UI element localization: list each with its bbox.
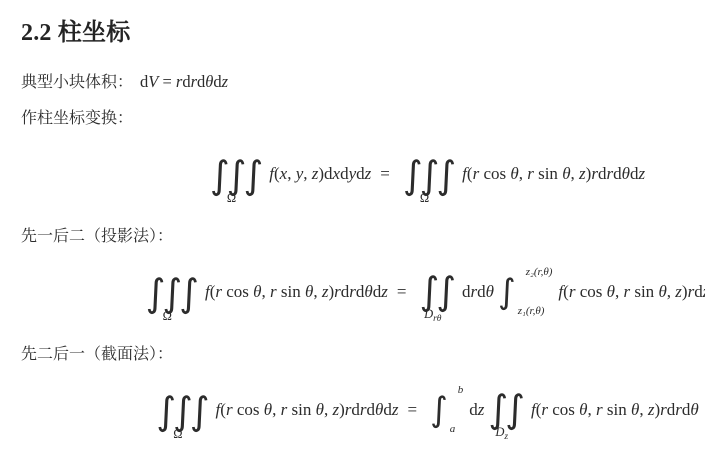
integral-domain-subscript: rθ — [433, 314, 441, 324]
math-token: θ — [579, 400, 587, 419]
math-token: θ — [510, 164, 518, 183]
math-token: d — [477, 282, 486, 301]
integral-domain: Ω — [420, 192, 429, 205]
math-token: , — [287, 164, 296, 183]
math-token: z — [478, 400, 485, 419]
paragraph-transform-label: 作柱坐标变换： — [21, 109, 705, 129]
math-run: dV = rdrdθdz — [140, 72, 228, 91]
math-token: sin — [603, 400, 631, 419]
math-run: drdθ — [462, 282, 494, 302]
equation-transform: ∫∫∫Ωf(x, y, z)dxdydz=∫∫∫Ωf(r cos θ, r si… — [21, 145, 705, 203]
integral-upper-bound: z₂(r,θ) — [526, 267, 553, 278]
integral-domain: Ω — [163, 310, 172, 323]
math-token: d — [667, 400, 676, 419]
integral: ∫∫∫Ω — [403, 156, 456, 205]
integral-domain-symbol: Ω — [420, 191, 429, 205]
math-token: = — [158, 72, 176, 91]
math-token: sin — [534, 164, 562, 183]
integral-domain: Ω — [173, 428, 182, 441]
math-token: )d — [318, 164, 332, 183]
math-token: r — [591, 164, 598, 183]
math-token: sin — [287, 400, 315, 419]
integral-icon: ∫∫ — [419, 272, 456, 310]
math-token: , — [639, 400, 648, 419]
math-token: V — [148, 72, 158, 91]
math-token: r — [541, 400, 548, 419]
integral: ∫∫Dz — [488, 390, 525, 443]
math-token: r — [675, 400, 682, 419]
section-heading: 2.2 柱坐标 — [21, 18, 705, 48]
math-token: θ — [316, 400, 324, 419]
math-token: cos — [479, 164, 510, 183]
math-run: f(r cos θ, r sin θ, z)rdrdθdz — [216, 400, 399, 420]
math-token: cos — [233, 400, 264, 419]
math-token: z — [638, 164, 645, 183]
math-token: z — [222, 72, 228, 91]
math-run: f(x, y, z)dxdydz — [269, 164, 371, 184]
math-token: sin — [277, 282, 305, 301]
integral: ∫ba — [430, 385, 463, 435]
math-token: r — [215, 282, 222, 301]
paragraph-section-label: 先二后一（截面法）： — [21, 345, 705, 365]
integral-icon: ∫ — [498, 275, 516, 309]
math-token: r — [349, 282, 356, 301]
math-token: , — [262, 282, 271, 301]
math-token: d — [469, 400, 478, 419]
math-token: θ — [486, 282, 494, 301]
math-token: , — [303, 164, 312, 183]
math-token: θ — [364, 282, 372, 301]
integral-domain-symbol: D — [424, 307, 433, 321]
integral-icon: ∫∫∫ — [403, 156, 456, 194]
math-token: d — [373, 282, 382, 301]
math-token: θ — [264, 400, 272, 419]
math-token: , — [519, 164, 528, 183]
integral: ∫∫Drθ — [419, 272, 456, 325]
integral-upper-bound: b — [458, 385, 464, 396]
integral-domain: Dz — [495, 426, 508, 443]
math-token: cos — [548, 400, 579, 419]
integral-icon: ∫ — [430, 393, 448, 427]
document: 2.2 柱坐标 典型小块体积：dV = rdrdθdz 作柱坐标变换： ∫∫∫Ω… — [0, 0, 705, 439]
math-run: f(r cos θ, r sin θ, z)rdrdθ — [531, 400, 699, 420]
math-token: d — [613, 164, 622, 183]
math-run: f(r cos θ, r sin θ, z)rdz — [558, 282, 705, 302]
math-token: θ — [562, 164, 570, 183]
math-token: d — [341, 282, 350, 301]
math-token: θ — [253, 282, 261, 301]
integral-domain-symbol: Ω — [173, 427, 182, 441]
math-token: d — [383, 400, 392, 419]
math-token: z — [392, 400, 399, 419]
math-token: θ — [607, 282, 615, 301]
math-token: θ — [622, 164, 630, 183]
math-token: cos — [575, 282, 606, 301]
integral-icon: ∫∫ — [488, 390, 525, 428]
math-token: , — [588, 400, 597, 419]
math-token: d — [340, 164, 349, 183]
math-token: r — [527, 164, 534, 183]
integral: ∫z₂(r,θ)z₁(r,θ) — [498, 267, 552, 317]
equals-sign: = — [397, 282, 407, 302]
math-token: d — [366, 400, 375, 419]
math-token: x — [333, 164, 341, 183]
integral: ∫∫∫Ω — [156, 392, 209, 441]
math-token: z — [365, 164, 372, 183]
integral: ∫∫∫Ω — [210, 156, 263, 205]
math-token: , — [272, 400, 281, 419]
integral-lower-bound: z₁(r,θ) — [518, 306, 553, 317]
math-token: r — [226, 400, 233, 419]
inline-formula-volume: dV = rdrdθdz — [140, 72, 228, 91]
math-token: d — [182, 72, 190, 91]
integral-icon: ∫∫∫ — [146, 274, 199, 312]
math-token: z — [675, 282, 682, 301]
math-token: d — [694, 282, 703, 301]
math-token: , — [313, 282, 322, 301]
integral-lower-bound: a — [450, 424, 464, 435]
math-run: f(r cos θ, r sin θ, z)rdrdθdz — [205, 282, 388, 302]
math-token: cos — [222, 282, 253, 301]
math-token: d — [351, 400, 360, 419]
integral-icon: ∫∫∫ — [156, 392, 209, 430]
math-token: d — [462, 282, 471, 301]
integral-icon: ∫∫∫ — [210, 156, 263, 194]
integral: ∫∫∫Ω — [146, 274, 199, 323]
math-token: r — [660, 400, 667, 419]
integral-domain-symbol: Ω — [227, 191, 236, 205]
typical-volume-label: 典型小块体积： — [21, 74, 133, 91]
integral-bounds: ba — [450, 385, 464, 435]
math-token: θ — [658, 282, 666, 301]
math-token: d — [356, 164, 365, 183]
integral-bounds: z₂(r,θ)z₁(r,θ) — [518, 267, 553, 317]
integral-domain-subscript: z — [504, 432, 508, 442]
math-run: f(r cos θ, r sin θ, z)rdrdθdz — [462, 164, 645, 184]
paragraph-projection-label: 先一后二（投影法）： — [21, 227, 705, 247]
math-run: dz — [469, 400, 484, 420]
math-token: y — [349, 164, 357, 183]
math-token: r — [596, 400, 603, 419]
equals-sign: = — [407, 400, 417, 420]
paragraph-typical-volume: 典型小块体积：dV = rdrdθdz — [21, 72, 705, 93]
math-token: z — [381, 282, 388, 301]
math-token: d — [213, 72, 221, 91]
math-token: r — [270, 282, 277, 301]
math-token: θ — [690, 400, 698, 419]
equation-projection: ∫∫∫Ωf(r cos θ, r sin θ, z)rdrdθdz=∫∫Drθd… — [21, 263, 705, 321]
math-token: r — [334, 282, 341, 301]
math-token: z — [579, 164, 586, 183]
integral-domain-symbol: Ω — [163, 309, 172, 323]
equals-sign: = — [380, 164, 390, 184]
equation-section: ∫∫∫Ωf(r cos θ, r sin θ, z)rdrdθdz=∫badz∫… — [21, 381, 705, 439]
integral-domain: Ω — [227, 192, 236, 205]
math-token: , — [571, 164, 580, 183]
integral-domain-symbol: D — [495, 425, 504, 439]
integral-domain: Drθ — [424, 308, 441, 325]
math-token: sin — [630, 282, 658, 301]
